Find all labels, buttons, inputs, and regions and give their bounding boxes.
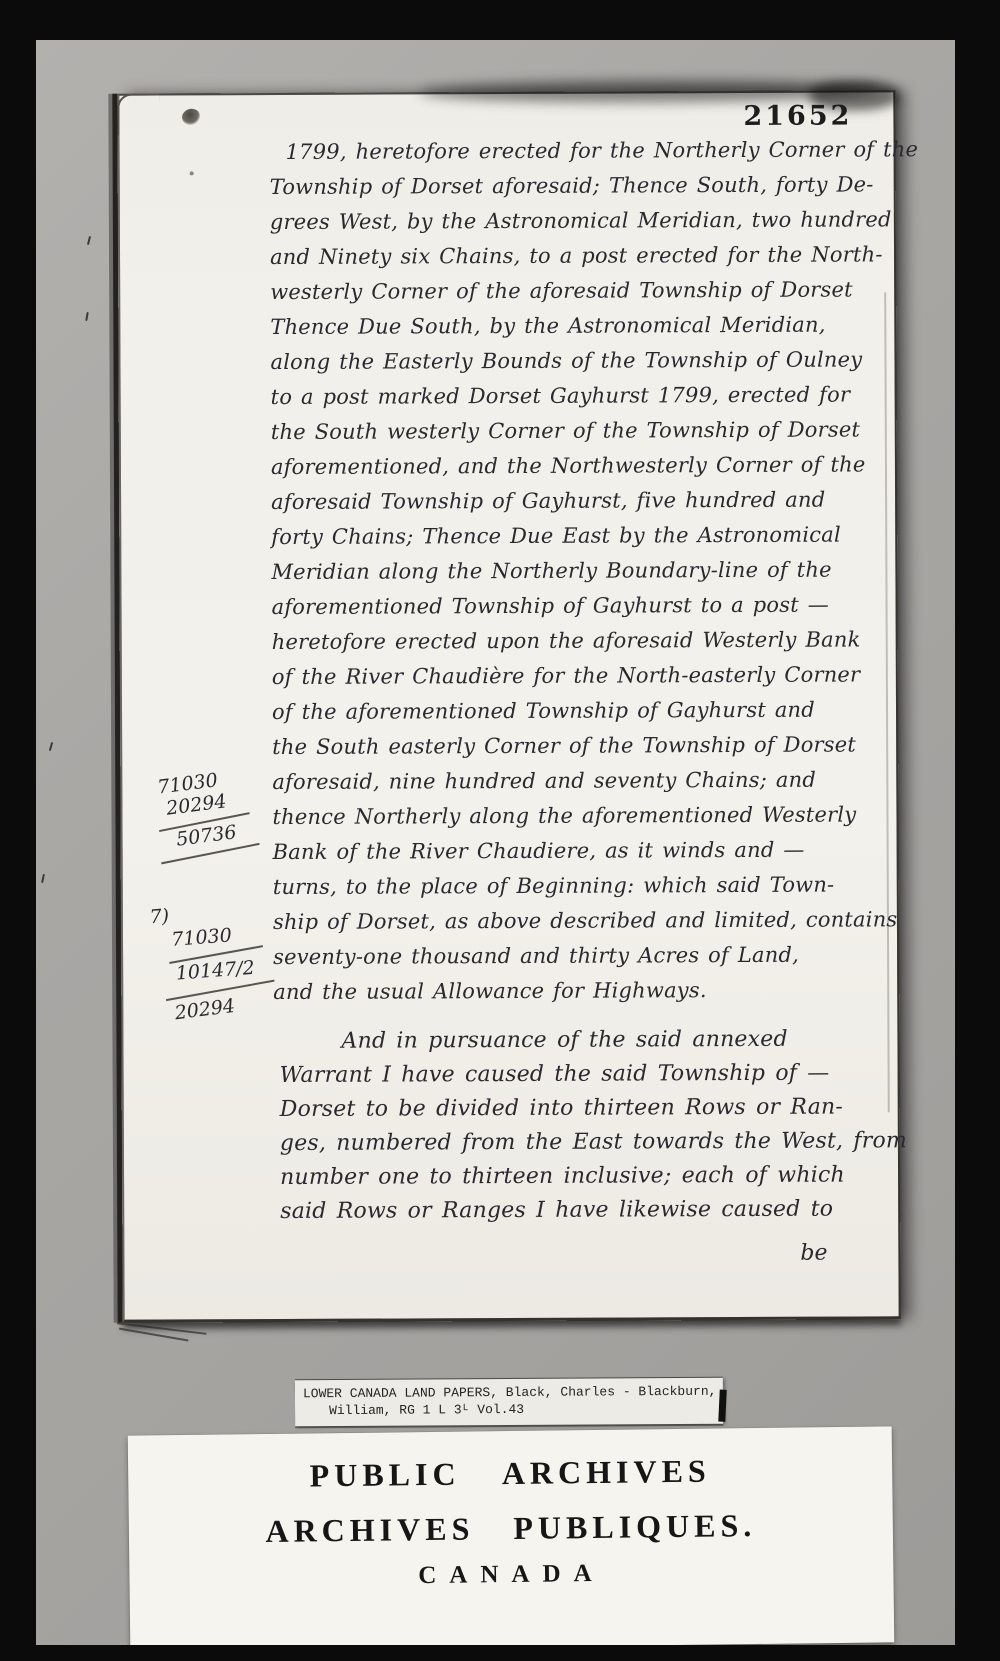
manuscript-line: and Ninety six Chains, to a post erected… xyxy=(270,237,919,275)
manuscript-line: 1799, heretofore erected for the Norther… xyxy=(286,132,919,170)
mount-mark xyxy=(87,236,91,245)
page-corner-stack xyxy=(117,94,159,136)
manuscript-page: 21652 1799, heretofore erected for the N… xyxy=(117,90,900,1322)
mount-mark xyxy=(49,742,53,751)
photo-mount: 21652 1799, heretofore erected for the N… xyxy=(36,40,955,1645)
manuscript-line: Dorset to be divided into thirteen Rows … xyxy=(280,1090,907,1127)
margin-quotient: 10147/2 xyxy=(175,957,255,985)
manuscript-paragraph-2: And in pursuance of the said annexedWarr… xyxy=(279,1022,907,1229)
archives-stamp-card: PUBLIC ARCHIVES ARCHIVES PUBLIQUES. CANA… xyxy=(128,1426,895,1645)
manuscript-line: to a post marked Dorset Gayhurst 1799, e… xyxy=(271,377,920,415)
manuscript-line: of the River Chaudière for the North-eas… xyxy=(272,657,921,695)
ink-speck xyxy=(190,171,194,175)
mount-mark xyxy=(41,874,45,883)
manuscript-line: thence Northerly along the aforementione… xyxy=(272,797,921,835)
manuscript-line: seventy-one thousand and thirty Acres of… xyxy=(273,937,922,975)
microfilm-scan: 21652 1799, heretofore erected for the N… xyxy=(0,0,1000,1661)
manuscript-line: aforesaid, nine hundred and seventy Chai… xyxy=(272,762,921,800)
manuscript-line: turns, to the place of Beginning: which … xyxy=(273,867,922,905)
manuscript-line: the South westerly Corner of the Townshi… xyxy=(271,412,920,450)
manuscript-line: Bank of the River Chaudiere, as it winds… xyxy=(273,832,922,870)
manuscript-line: of the aforementioned Township of Gayhur… xyxy=(272,692,921,730)
margin-divisor: 7) xyxy=(149,905,170,928)
manuscript-line: aforementioned Township of Gayhurst to a… xyxy=(271,587,920,625)
archives-stamp-english: PUBLIC ARCHIVES xyxy=(128,1450,892,1496)
manuscript-line: Township of Dorset aforesaid; Thence Sou… xyxy=(270,167,919,205)
reference-label-line2: William, RG 1 L 3ᴸ Vol.43 xyxy=(303,1400,723,1420)
manuscript-line: Thence Due South, by the Astronomical Me… xyxy=(270,307,919,345)
manuscript-line: westerly Corner of the aforesaid Townshi… xyxy=(270,272,919,310)
archives-stamp-french: ARCHIVES PUBLIQUES. xyxy=(129,1505,893,1551)
manuscript-line: grees West, by the Astronomical Meridian… xyxy=(270,202,919,240)
manuscript-line: ship of Dorset, as above described and l… xyxy=(273,902,922,940)
manuscript-line: forty Chains; Thence Due East by the Ast… xyxy=(271,517,920,555)
archives-stamp-canada: CANADA xyxy=(129,1556,893,1593)
reference-label: LOWER CANADA LAND PAPERS, Black, Charles… xyxy=(295,1378,723,1427)
manuscript-line: Meridian along the Northerly Boundary-li… xyxy=(271,552,920,590)
manuscript-line: ges, numbered from the East towards the … xyxy=(280,1124,907,1161)
manuscript-line: And in pursuance of the said annexed xyxy=(341,1022,906,1058)
manuscript-paragraph-1: 1799, heretofore erected for the Norther… xyxy=(270,132,922,1010)
manuscript-line: heretofore erected upon the aforesaid We… xyxy=(272,622,921,660)
label-edge-mark xyxy=(718,1390,726,1422)
manuscript-line: Warrant I have caused the said Township … xyxy=(280,1056,907,1093)
manuscript-line: and the usual Allowance for Highways. xyxy=(273,972,922,1010)
ink-blot xyxy=(180,106,203,129)
manuscript-line: said Rows or Ranges I have likewise caus… xyxy=(280,1192,907,1229)
margin-dividend: 71030 xyxy=(171,924,233,950)
folio-number-stamp: 21652 xyxy=(743,100,852,131)
page-stack-edge xyxy=(117,1322,207,1335)
reference-label-line1: LOWER CANADA LAND PAPERS, Black, Charles… xyxy=(303,1383,723,1403)
margin-product: 20294 xyxy=(174,995,237,1024)
mount-mark xyxy=(85,312,89,321)
catchword: be xyxy=(800,1241,827,1266)
manuscript-line: aforementioned, and the Northwesterly Co… xyxy=(271,447,920,485)
manuscript-line: number one to thirteen inclusive; each o… xyxy=(280,1158,907,1195)
manuscript-line: the South easterly Corner of the Townshi… xyxy=(272,727,921,765)
manuscript-line: aforesaid Township of Gayhurst, five hun… xyxy=(271,482,920,520)
manuscript-line: along the Easterly Bounds of the Townshi… xyxy=(270,342,919,380)
